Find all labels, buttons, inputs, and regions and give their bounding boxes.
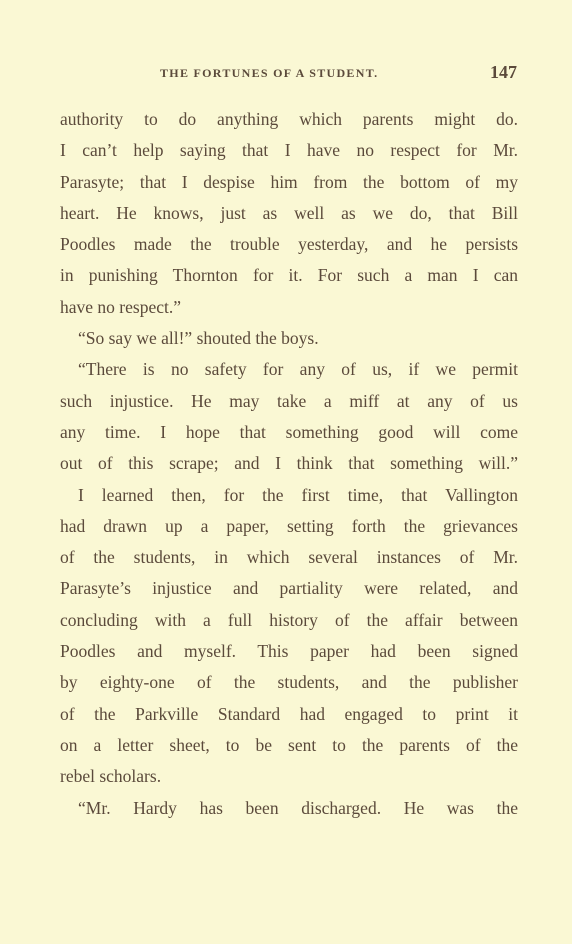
text-line: Poodles and myself. This paper had been … xyxy=(60,636,518,667)
text-line: Parasyte’s injustice and partiality were… xyxy=(60,573,518,604)
text-line: out of this scrape; and I think that som… xyxy=(60,448,518,479)
text-line: by eighty-one of the students, and the p… xyxy=(60,667,518,698)
text-line: heart. He knows, just as well as we do, … xyxy=(60,198,518,229)
text-line: rebel scholars. xyxy=(60,761,518,792)
paragraph-start: I learned then, for the first time, that… xyxy=(60,480,518,511)
text-line: of the Parkville Standard had engaged to… xyxy=(60,699,518,730)
book-page: THE FORTUNES OF A STUDENT. 147 authority… xyxy=(0,0,572,944)
text-line: Parasyte; that I despise him from the bo… xyxy=(60,167,518,198)
text-line: had drawn up a paper, setting forth the … xyxy=(60,511,518,542)
text-line: such injustice. He may take a miff at an… xyxy=(60,386,518,417)
text-line: Poodles made the trouble yesterday, and … xyxy=(60,229,518,260)
text-line: I can’t help saying that I have no respe… xyxy=(60,135,518,166)
body-text: authority to do anything which parents m… xyxy=(60,104,518,824)
text-line: of the students, in which several instan… xyxy=(60,542,518,573)
text-line: in punishing Thornton for it. For such a… xyxy=(60,260,518,291)
running-head: THE FORTUNES OF A STUDENT. 147 xyxy=(160,62,520,84)
page-number: 147 xyxy=(490,62,517,83)
text-line: authority to do anything which parents m… xyxy=(60,104,518,135)
text-line: concluding with a full history of the af… xyxy=(60,605,518,636)
text-line: on a letter sheet, to be sent to the par… xyxy=(60,730,518,761)
running-title: THE FORTUNES OF A STUDENT. xyxy=(160,66,378,81)
paragraph-start: “So say we all!” shouted the boys. xyxy=(60,323,518,354)
paragraph-start: “Mr. Hardy has been discharged. He was t… xyxy=(60,793,518,824)
text-line: have no respect.” xyxy=(60,292,518,323)
text-line: any time. I hope that something good wil… xyxy=(60,417,518,448)
paragraph-start: “There is no safety for any of us, if we… xyxy=(60,354,518,385)
